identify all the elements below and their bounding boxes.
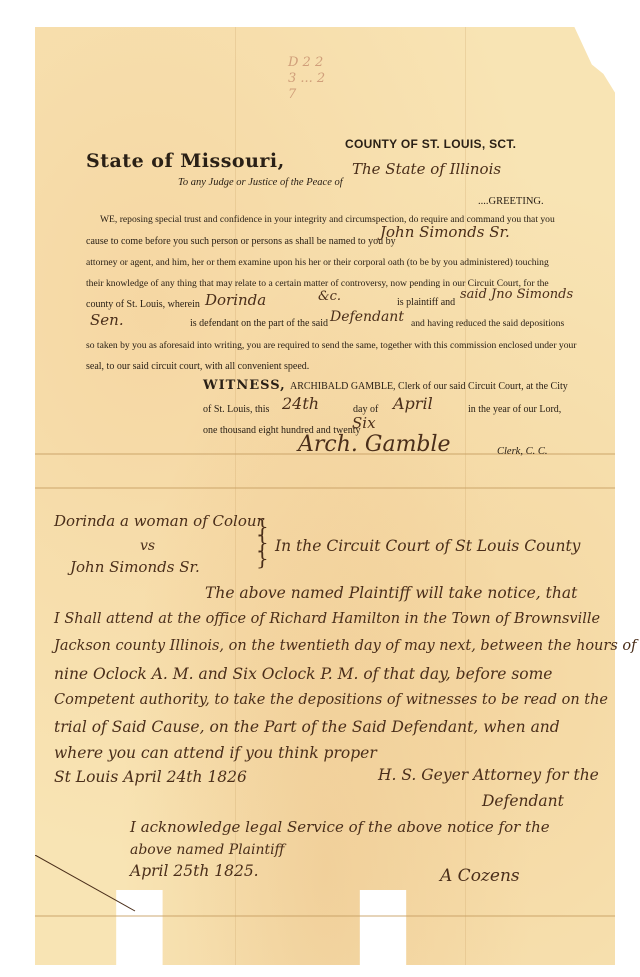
body-line-2: cause to come before you such person or … [86, 236, 396, 247]
caption-plaintiff: Dorinda a woman of Colour [54, 512, 264, 530]
body-line-3: attorney or agent, and him, her or them … [86, 257, 549, 268]
county-heading: COUNTY OF ST. LOUIS, SCT. [345, 137, 516, 151]
month-fill: April [393, 394, 433, 413]
fold-line [35, 487, 615, 489]
court-name: In the Circuit Court of St Louis County [275, 537, 580, 555]
day-fill: 24th [282, 394, 319, 413]
attorney-role: Defendant [482, 792, 564, 810]
summoner-fill: John Simonds Sr. [380, 223, 510, 241]
clerk-signature: Arch. Gamble [298, 432, 451, 457]
greeting: ....GREETING. [478, 196, 544, 207]
address-fill: The State of Illinois [352, 160, 501, 178]
body-line-6: is defendant on the part of the said [190, 318, 328, 329]
margin-notes-top: D 2 2 3 ... 2 7 [288, 55, 328, 103]
ack-signature: A Cozens [440, 866, 520, 886]
notice-line-1: The above named Plaintiff will take noti… [205, 584, 577, 602]
body-line-5: county of St. Louis, wherein [86, 299, 200, 310]
ink-stroke [35, 855, 145, 915]
notice-line-2: I Shall attend at the office of Richard … [54, 611, 600, 627]
ack-line-1: I acknowledge legal Service of the above… [130, 818, 550, 836]
witness-label: WITNESS, [203, 378, 286, 393]
body-line-8: seal, to our said circuit court, with al… [86, 361, 309, 372]
attorney-signature: H. S. Geyer Attorney for the [378, 766, 599, 784]
notice-line-6: trial of Said Cause, on the Part of the … [54, 718, 560, 736]
fold-line [35, 915, 615, 917]
caption-vs: vs [140, 538, 155, 554]
clerk-title: Clerk, C. C. [497, 446, 547, 457]
ack-line-2: above named Plaintiff [130, 842, 284, 858]
witness-line-2: of St. Louis, this [203, 404, 269, 415]
notice-date: St Louis April 24th 1826 [54, 768, 247, 786]
state-title: State of Missouri, [86, 150, 285, 172]
year-fill: Six [352, 414, 376, 432]
body-line-6-post: and having reduced the said depositions [411, 318, 564, 329]
caption-defendant: John Simonds Sr. [70, 558, 200, 576]
plaintiff-fill-etc: &c. [318, 289, 341, 304]
address-line: To any Judge or Justice of the Peace of [178, 177, 343, 188]
notice-line-7: where you can attend if you think proper [54, 744, 377, 762]
witness-line-1: ARCHIBALD GAMBLE, Clerk of our said Circ… [290, 381, 568, 392]
ack-date: April 25th 1825. [130, 862, 259, 880]
witness-line-2-post: in the year of our Lord, [468, 404, 561, 415]
body-line-5-mid: is plaintiff and [397, 297, 455, 308]
notice-line-4: nine Oclock A. M. and Six Oclock P. M. o… [54, 665, 552, 683]
caption-brace: }}} [256, 518, 269, 566]
party-fill: Defendant [330, 309, 404, 325]
notice-line-3: Jackson county Illinois, on the twentiet… [54, 638, 636, 654]
defendant-fill-sen: Sen. [90, 311, 124, 329]
body-line-7: so taken by you as aforesaid into writin… [86, 340, 577, 351]
plaintiff-fill: Dorinda [205, 291, 266, 309]
notice-line-5: Competent authority, to take the deposit… [54, 692, 608, 708]
defendant-fill: said Jno Simonds [460, 287, 573, 302]
